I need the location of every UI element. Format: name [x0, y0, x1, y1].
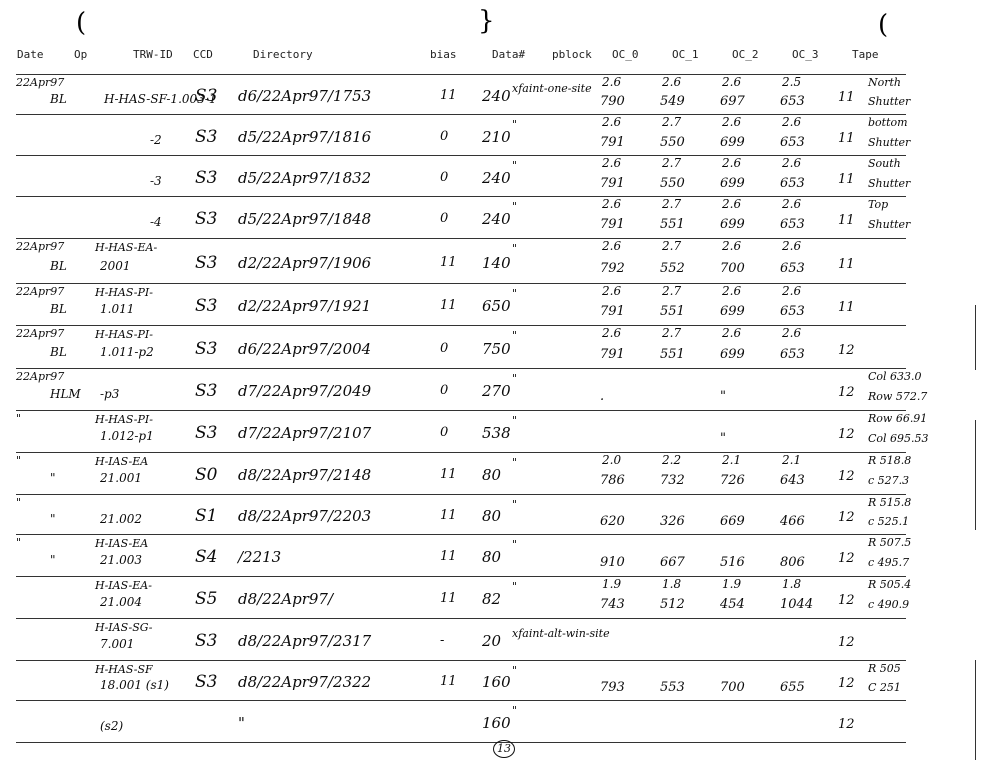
cell-date: "	[16, 496, 21, 509]
column-header-oc3: OC_3	[792, 48, 819, 61]
cell-bias: 11	[440, 467, 457, 482]
cell-oc-value: 732	[660, 473, 685, 488]
cell-pblock: "	[512, 498, 517, 511]
cell-directory: d2/22Apr97/1921	[238, 297, 371, 315]
cell-data-num: 140	[482, 254, 511, 272]
cell-tape: 11	[838, 172, 855, 187]
cell-date: 22Apr97	[16, 76, 64, 89]
cell-oc-value: 699	[720, 176, 745, 191]
cell-oc-value: 655	[780, 680, 805, 695]
cell-oc-gain: 2.7	[662, 197, 681, 211]
cell-op: BL	[50, 92, 67, 106]
cell-pblock: "	[512, 580, 517, 593]
cell-oc-value: "	[720, 389, 726, 404]
cell-oc-gain: 2.6	[722, 284, 741, 298]
cell-oc-value: 791	[600, 176, 625, 191]
cell-data-num: 538	[482, 424, 511, 442]
cell-tape: 12	[838, 510, 855, 525]
cell-oc-value: 454	[720, 597, 745, 612]
cell-oc-gain: 2.6	[722, 326, 741, 340]
cell-bias: 0	[440, 425, 448, 440]
column-header-bias: bias	[430, 48, 457, 61]
cell-note-line2: Shutter	[868, 218, 910, 231]
cell-bias: 11	[440, 674, 457, 689]
row-rule	[16, 700, 906, 701]
cell-note-line2: c 495.7	[868, 556, 909, 569]
margin-mark	[975, 660, 976, 760]
cell-oc-value: 791	[600, 304, 625, 319]
column-header-oc2: OC_2	[732, 48, 759, 61]
cell-oc-value: 549	[660, 94, 685, 109]
cell-data-num: 210	[482, 128, 511, 146]
cell-oc-value: 551	[660, 304, 685, 319]
cell-oc-gain: 2.6	[782, 156, 801, 170]
cell-oc-gain: 2.7	[662, 326, 681, 340]
column-header-date: Date	[17, 48, 44, 61]
row-rule	[16, 114, 906, 115]
column-header-oc0: OC_0	[612, 48, 639, 61]
cell-tape: 12	[838, 676, 855, 691]
cell-oc-value: 743	[600, 597, 625, 612]
cell-date: 22Apr97	[16, 327, 64, 340]
cell-trw-id-line2: 1.012-p1	[100, 429, 154, 443]
cell-ccd: S3	[195, 672, 217, 692]
cell-oc-gain: 2.7	[662, 115, 681, 129]
cell-oc-gain: 2.5	[782, 75, 801, 89]
cell-oc-gain: 1.9	[602, 577, 621, 591]
cell-ccd: S3	[195, 423, 217, 443]
cell-note-line2: Col 695.53	[868, 432, 929, 445]
cell-tape: 11	[838, 257, 855, 272]
cell-oc-value: 551	[660, 217, 685, 232]
cell-trw-id-line2: -4	[150, 215, 162, 229]
row-rule	[16, 576, 906, 577]
cell-oc-gain: 2.6	[782, 115, 801, 129]
cell-oc-value: 653	[780, 304, 805, 319]
cell-note-line2: Shutter	[868, 136, 910, 149]
cell-trw-id-line1: H-HAS-PI-	[95, 328, 153, 341]
cell-oc-gain: 2.7	[662, 284, 681, 298]
cell-trw-id-line2: 18.001 (s1)	[100, 678, 169, 692]
cell-tape: 12	[838, 469, 855, 484]
cell-oc-gain: 2.6	[722, 197, 741, 211]
cell-trw-id-line1: H-IAS-SG-	[95, 621, 153, 634]
cell-oc-gain: 2.6	[602, 115, 621, 129]
header-mark: }	[478, 6, 495, 36]
cell-tape: 11	[838, 90, 855, 105]
cell-trw-id-line1: H-IAS-EA-	[95, 579, 152, 592]
cell-oc-value: 793	[600, 680, 625, 695]
cell-bias: 0	[440, 383, 448, 398]
cell-directory: d8/22Apr97/2203	[238, 507, 371, 525]
cell-pblock: "	[512, 456, 517, 469]
cell-bias: 0	[440, 211, 448, 226]
cell-note-line1: R 518.8	[868, 454, 911, 467]
cell-note-line1: South	[868, 157, 901, 170]
cell-data-num: 80	[482, 507, 501, 525]
cell-data-num: 240	[482, 210, 511, 228]
page-number: 13	[493, 740, 515, 758]
cell-oc-value: 653	[780, 347, 805, 362]
cell-data-num: 270	[482, 382, 511, 400]
cell-oc-value: 699	[720, 135, 745, 150]
cell-directory: /2213	[238, 548, 281, 566]
column-header-pblock: pblock	[552, 48, 592, 61]
cell-oc-value: 697	[720, 94, 745, 109]
cell-directory: "	[238, 714, 245, 732]
cell-oc-value: 791	[600, 135, 625, 150]
cell-directory: d5/22Apr97/1816	[238, 128, 371, 146]
cell-trw-id-line2: 21.001	[100, 471, 142, 485]
cell-oc-value: 1044	[780, 597, 813, 612]
cell-note-line1: bottom	[868, 116, 908, 129]
row-rule	[16, 618, 906, 619]
cell-oc-gain: 2.6	[722, 239, 741, 253]
cell-bias: 11	[440, 508, 457, 523]
cell-directory: d8/22Apr97/	[238, 590, 333, 608]
cell-oc-gain: 2.6	[722, 156, 741, 170]
cell-date: "	[16, 454, 21, 467]
cell-data-num: 160	[482, 714, 511, 732]
column-header-directory: Directory	[253, 48, 313, 61]
cell-directory: d7/22Apr97/2049	[238, 382, 371, 400]
cell-oc-gain: 2.6	[602, 197, 621, 211]
cell-oc-value: 786	[600, 473, 625, 488]
cell-oc-value: 791	[600, 217, 625, 232]
margin-mark	[975, 305, 976, 370]
cell-oc-value: 466	[780, 514, 805, 529]
cell-ccd: S3	[195, 127, 217, 147]
cell-trw-id-line2: 21.003	[100, 553, 142, 567]
cell-directory: d5/22Apr97/1848	[238, 210, 371, 228]
cell-data-num: 82	[482, 590, 501, 608]
cell-oc-value: 643	[780, 473, 805, 488]
cell-pblock: "	[512, 118, 517, 131]
cell-tape: 12	[838, 385, 855, 400]
cell-directory: d2/22Apr97/1906	[238, 254, 371, 272]
cell-trw-id-line2: 1.011-p2	[100, 345, 154, 359]
cell-bias: 11	[440, 298, 457, 313]
cell-pblock: "	[512, 200, 517, 213]
cell-oc-value: 792	[600, 261, 625, 276]
cell-oc-gain: 2.6	[782, 326, 801, 340]
row-rule	[16, 742, 906, 743]
cell-oc-value: 553	[660, 680, 685, 695]
cell-bias: 11	[440, 88, 457, 103]
cell-oc-value: 699	[720, 347, 745, 362]
row-rule	[16, 325, 906, 326]
cell-directory: d6/22Apr97/1753	[238, 87, 371, 105]
column-header-data-num: Data#	[492, 48, 525, 61]
cell-op: BL	[50, 345, 67, 359]
cell-data-num: 240	[482, 87, 511, 105]
cell-trw-id-line2: -p3	[100, 387, 119, 401]
cell-trw-id-line2: 21.002	[100, 512, 142, 526]
cell-ccd: S0	[195, 465, 217, 485]
cell-directory: d6/22Apr97/2004	[238, 340, 371, 358]
cell-pblock: "	[512, 159, 517, 172]
cell-note-line2: Shutter	[868, 177, 910, 190]
cell-tape: 12	[838, 717, 855, 732]
cell-note-line2: C 251	[868, 681, 901, 694]
row-rule	[16, 410, 906, 411]
cell-bias: 0	[440, 170, 448, 185]
cell-trw-id-line2: 1.011	[100, 302, 134, 316]
cell-note-line2: c 490.9	[868, 598, 909, 611]
cell-ccd: S3	[195, 86, 217, 106]
cell-trw-id-line1: H-IAS-EA	[95, 537, 148, 550]
cell-trw-id-line2: -3	[150, 174, 162, 188]
cell-oc-gain: 2.6	[782, 284, 801, 298]
cell-oc-gain: 2.6	[782, 239, 801, 253]
cell-data-num: 20	[482, 632, 501, 650]
cell-ccd: S1	[195, 506, 217, 526]
cell-pblock: "	[512, 372, 517, 385]
cell-oc-value: 653	[780, 217, 805, 232]
cell-pblock: xfaint-one-site	[512, 82, 592, 95]
cell-data-num: 750	[482, 340, 511, 358]
row-rule	[16, 283, 906, 284]
cell-op: "	[50, 553, 56, 567]
cell-ccd: S4	[195, 547, 217, 567]
cell-ccd: S3	[195, 631, 217, 651]
cell-oc-value: 669	[720, 514, 745, 529]
cell-oc-value: 550	[660, 176, 685, 191]
cell-oc-value: 620	[600, 514, 625, 529]
cell-oc-value: 910	[600, 555, 625, 570]
cell-tape: 11	[838, 213, 855, 228]
cell-data-num: 80	[482, 466, 501, 484]
cell-oc-gain: 2.6	[722, 115, 741, 129]
cell-note-line1: R 505	[868, 662, 901, 675]
cell-oc-value: 653	[780, 176, 805, 191]
cell-date: "	[16, 536, 21, 549]
cell-oc-gain: 2.6	[602, 156, 621, 170]
cell-tape: 11	[838, 131, 855, 146]
cell-oc-gain: 2.1	[782, 453, 801, 467]
column-header-op: Op	[74, 48, 87, 61]
cell-oc-gain: 1.8	[662, 577, 681, 591]
cell-ccd: S3	[195, 339, 217, 359]
cell-oc-gain: 2.6	[782, 197, 801, 211]
cell-trw-id-line1: H-HAS-PI-	[95, 413, 153, 426]
cell-oc-gain: 2.0	[602, 453, 621, 467]
log-sheet: ( } ( Date Op TRW-ID CCD Directory bias …	[0, 0, 990, 764]
cell-pblock: xfaint-alt-win-site	[512, 627, 610, 640]
row-rule	[16, 196, 906, 197]
header-rule	[16, 74, 906, 75]
cell-date: 22Apr97	[16, 285, 64, 298]
cell-oc-value: 700	[720, 680, 745, 695]
row-rule	[16, 452, 906, 453]
cell-oc-value: 552	[660, 261, 685, 276]
cell-note-line1: Row 66.91	[868, 412, 927, 425]
cell-trw-id-line1: H-IAS-EA	[95, 455, 148, 468]
cell-oc-value: 667	[660, 555, 685, 570]
cell-oc-value: 726	[720, 473, 745, 488]
cell-pblock: "	[512, 242, 517, 255]
row-rule	[16, 660, 906, 661]
cell-pblock: "	[512, 664, 517, 677]
cell-data-num: 650	[482, 297, 511, 315]
cell-ccd: S3	[195, 381, 217, 401]
cell-oc-value: 653	[780, 261, 805, 276]
cell-trw-id-line1: H-HAS-SF	[95, 663, 153, 676]
cell-tape: 12	[838, 343, 855, 358]
cell-trw-id-line2: 21.004	[100, 595, 142, 609]
cell-op: BL	[50, 302, 67, 316]
cell-date: 22Apr97	[16, 370, 64, 383]
row-rule	[16, 155, 906, 156]
cell-oc-gain: 2.7	[662, 239, 681, 253]
cell-ccd: S5	[195, 589, 217, 609]
column-header-ccd: CCD	[193, 48, 213, 61]
cell-data-num: 160	[482, 673, 511, 691]
header-mark: (	[878, 10, 888, 40]
cell-note-line1: R 507.5	[868, 536, 911, 549]
cell-note-line1: R 505.4	[868, 578, 911, 591]
cell-oc-value: 326	[660, 514, 685, 529]
cell-oc-gain: 2.6	[602, 326, 621, 340]
cell-oc-value: 550	[660, 135, 685, 150]
cell-note-line2: Row 572.7	[868, 390, 927, 403]
cell-op: "	[50, 471, 56, 485]
cell-pblock: "	[512, 329, 517, 342]
row-rule	[16, 368, 906, 369]
cell-note-line2: Shutter	[868, 95, 910, 108]
cell-bias: 11	[440, 591, 457, 606]
cell-oc-gain: 2.6	[602, 239, 621, 253]
cell-oc-gain: 2.2	[662, 453, 681, 467]
cell-ccd: S3	[195, 296, 217, 316]
cell-directory: d8/22Apr97/2148	[238, 466, 371, 484]
cell-ccd: S3	[195, 168, 217, 188]
cell-op: "	[50, 512, 56, 526]
cell-oc-value: 699	[720, 217, 745, 232]
margin-mark	[975, 420, 976, 530]
cell-pblock: "	[512, 414, 517, 427]
cell-trw-id-line2: (s2)	[100, 719, 123, 733]
cell-bias: 11	[440, 549, 457, 564]
cell-oc-value: 551	[660, 347, 685, 362]
cell-oc-value: .	[600, 389, 604, 404]
header-mark: (	[76, 8, 86, 38]
cell-oc-gain: 2.6	[662, 75, 681, 89]
column-header-trw-id: TRW-ID	[133, 48, 173, 61]
cell-oc-value: 512	[660, 597, 685, 612]
cell-note-line1: Col 633.0	[868, 370, 922, 383]
cell-oc-gain: 1.8	[782, 577, 801, 591]
cell-date: 22Apr97	[16, 240, 64, 253]
cell-oc-gain: 2.6	[602, 284, 621, 298]
row-rule	[16, 494, 906, 495]
cell-note-line1: Top	[868, 198, 888, 211]
cell-directory: d8/22Apr97/2317	[238, 632, 371, 650]
column-header-tape: Tape	[852, 48, 879, 61]
cell-note-line1: R 515.8	[868, 496, 911, 509]
cell-pblock: "	[512, 287, 517, 300]
cell-pblock: "	[512, 538, 517, 551]
cell-oc-value: 700	[720, 261, 745, 276]
cell-trw-id-line1: H-HAS-PI-	[95, 286, 153, 299]
cell-oc-value: 653	[780, 135, 805, 150]
cell-oc-value: 806	[780, 555, 805, 570]
cell-oc-gain: 2.7	[662, 156, 681, 170]
cell-trw-id-line1: H-HAS-EA-	[95, 241, 157, 254]
cell-note-line1: North	[868, 76, 901, 89]
cell-directory: d5/22Apr97/1832	[238, 169, 371, 187]
cell-oc-gain: 2.6	[722, 75, 741, 89]
row-rule	[16, 238, 906, 239]
cell-tape: 12	[838, 551, 855, 566]
cell-tape: 12	[838, 427, 855, 442]
column-header-oc1: OC_1	[672, 48, 699, 61]
cell-bias: 11	[440, 255, 457, 270]
cell-tape: 12	[838, 593, 855, 608]
cell-ccd: S3	[195, 209, 217, 229]
cell-bias: -	[440, 633, 444, 648]
cell-oc-value: "	[720, 431, 726, 446]
cell-tape: 12	[838, 635, 855, 650]
cell-op: HLM	[50, 387, 81, 401]
cell-oc-gain: 1.9	[722, 577, 741, 591]
cell-tape: 11	[838, 300, 855, 315]
cell-pblock: "	[512, 704, 517, 717]
cell-data-num: 80	[482, 548, 501, 566]
cell-trw-id-line2: 2001	[100, 259, 131, 273]
cell-oc-value: 516	[720, 555, 745, 570]
cell-oc-value: 790	[600, 94, 625, 109]
cell-bias: 0	[440, 129, 448, 144]
cell-note-line2: c 525.1	[868, 515, 909, 528]
cell-oc-value: 791	[600, 347, 625, 362]
cell-trw-id-line2: 7.001	[100, 637, 134, 651]
cell-oc-value: 653	[780, 94, 805, 109]
cell-directory: d7/22Apr97/2107	[238, 424, 371, 442]
cell-data-num: 240	[482, 169, 511, 187]
cell-ccd: S3	[195, 253, 217, 273]
cell-directory: d8/22Apr97/2322	[238, 673, 371, 691]
cell-date: "	[16, 412, 21, 425]
cell-oc-gain: 2.6	[602, 75, 621, 89]
cell-oc-gain: 2.1	[722, 453, 741, 467]
row-rule	[16, 534, 906, 535]
cell-note-line2: c 527.3	[868, 474, 909, 487]
cell-op: BL	[50, 259, 67, 273]
cell-oc-value: 699	[720, 304, 745, 319]
cell-trw-id-line2: -2	[150, 133, 162, 147]
cell-bias: 0	[440, 341, 448, 356]
